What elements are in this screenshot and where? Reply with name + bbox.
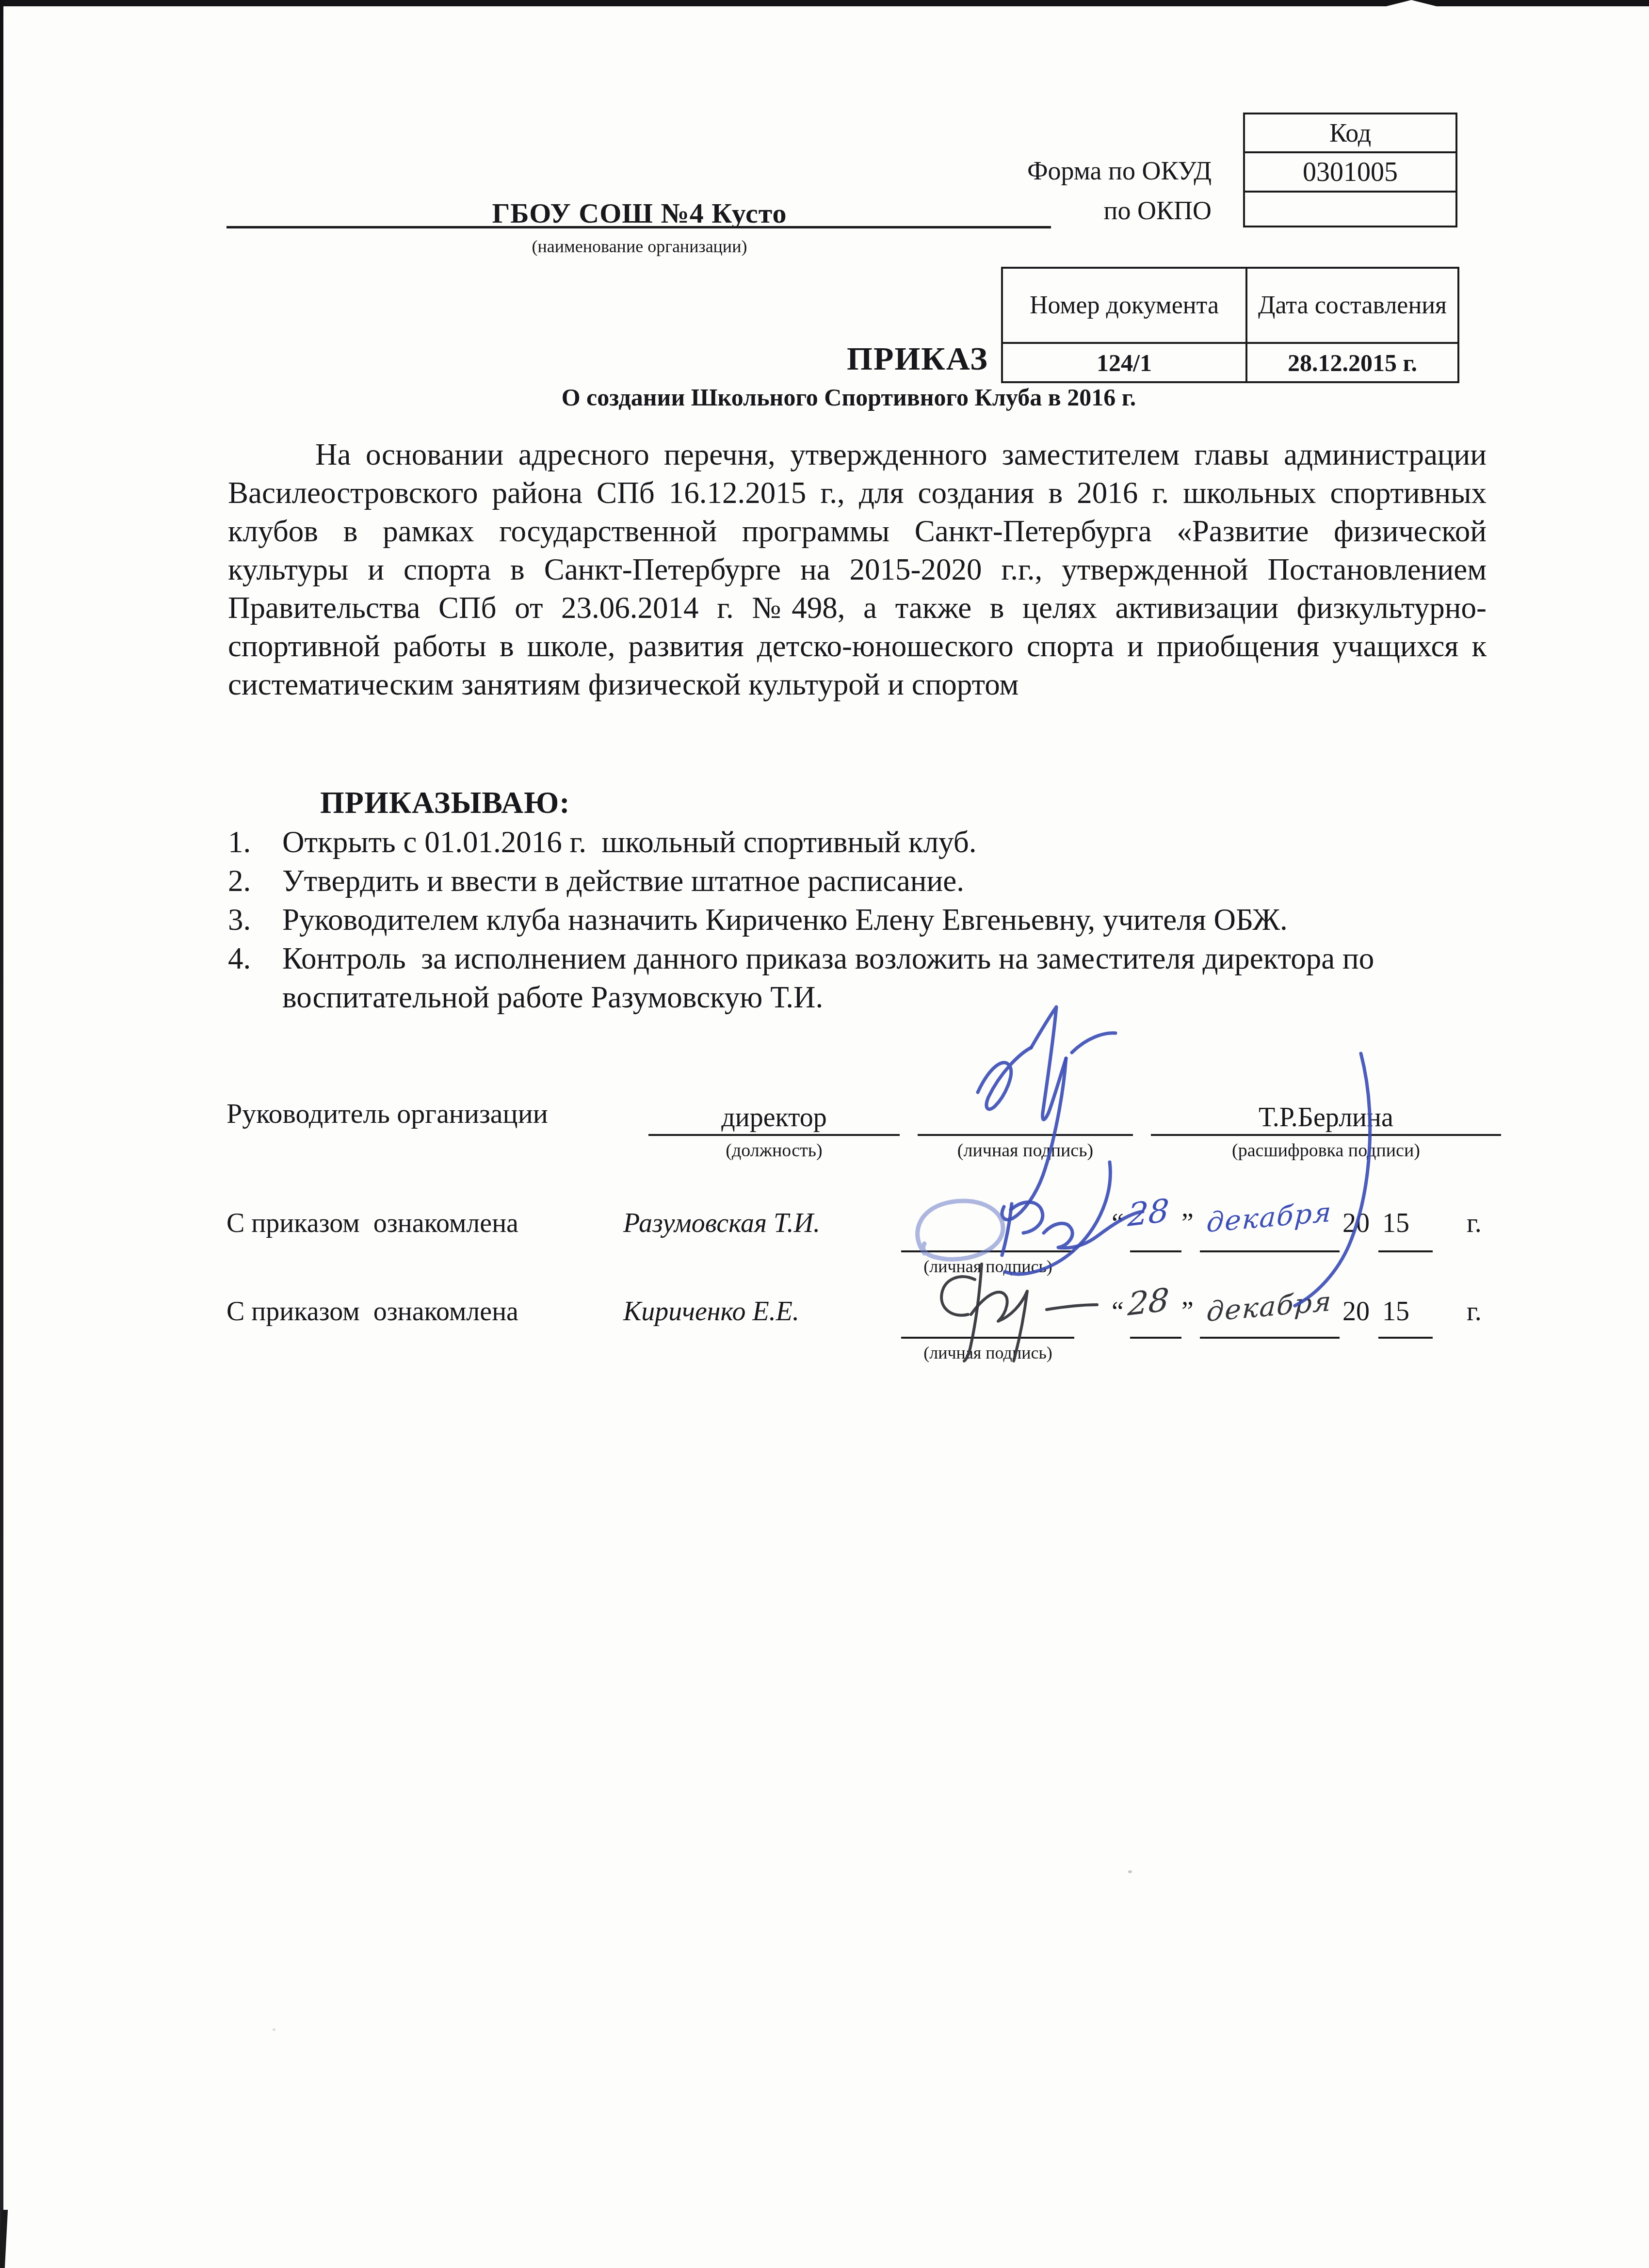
handwritten-day: 28: [1119, 1280, 1178, 1324]
order-item: 1. Открыть с 01.01.2016 г. школьный спор…: [228, 823, 1518, 861]
director-signature: [978, 1007, 1115, 1220]
position-value: директор: [648, 1102, 900, 1133]
director-name-caption: (расшифровка подписи): [1151, 1140, 1501, 1161]
year-suffix: г.: [1467, 1296, 1482, 1327]
ack-name: Разумовская Т.И.: [623, 1208, 820, 1239]
order-item-number: 4.: [228, 939, 282, 978]
director-signature-line: [918, 1134, 1133, 1136]
form-okud-label: Форма по ОКУД: [824, 156, 1212, 185]
scan-left-edge: [0, 0, 3, 2268]
order-item: 3. Руководителем клуба назначить Киричен…: [228, 900, 1518, 939]
organization-underline: [226, 226, 1051, 228]
order-item-number: 3.: [228, 900, 282, 939]
scan-speck: [1128, 1870, 1132, 1873]
year-underline: [1378, 1337, 1433, 1339]
scan-top-edge-notch: [1386, 0, 1437, 6]
order-item-number: 2.: [228, 861, 282, 900]
doc-date-header: Дата составления: [1245, 269, 1457, 342]
doc-number-date-table: Номер документа Дата составления 124/1 2…: [1001, 267, 1459, 383]
director-signature-caption: (личная подпись): [918, 1140, 1133, 1161]
month-underline: [1200, 1337, 1340, 1339]
scanned-order-document: Форма по ОКУД по ОКПО Код 0301005 ГБОУ С…: [0, 0, 1649, 2268]
position-caption: (должность): [648, 1140, 900, 1161]
year-value: 15: [1382, 1208, 1409, 1239]
day-underline: [1130, 1337, 1181, 1339]
director-name-line: [1151, 1134, 1501, 1136]
organization-caption: (наименование организации): [226, 236, 1052, 257]
organization-name: ГБОУ СОШ №4 Кусто: [226, 197, 1052, 229]
order-item: 4. Контроль за исполнением данного прика…: [228, 939, 1518, 1017]
order-item-text: Открыть с 01.01.2016 г. школьный спортив…: [282, 823, 1518, 861]
year-underline: [1378, 1250, 1433, 1252]
doc-date-value: 28.12.2015 г.: [1245, 342, 1457, 381]
okud-code-value: 0301005: [1245, 151, 1455, 191]
year-prefix: 20: [1342, 1208, 1370, 1239]
order-item-number: 1.: [228, 823, 282, 861]
date-flourish: [1295, 1053, 1370, 1306]
handwritten-day: 28: [1119, 1191, 1178, 1235]
code-table-title: Код: [1245, 114, 1455, 151]
order-title: ПРИКАЗ: [847, 340, 988, 378]
doc-number-header: Номер документа: [1003, 269, 1245, 342]
ack-signature-caption: (личная подпись): [884, 1343, 1092, 1363]
day-underline: [1130, 1250, 1181, 1252]
code-table: Код 0301005: [1243, 113, 1457, 227]
leader-label: Руководитель организации: [226, 1097, 548, 1130]
ack-signature-line: [901, 1250, 1074, 1252]
order-preamble: На основании адресного перечня, утвержде…: [228, 436, 1487, 704]
order-item-text: Утвердить и ввести в действие штатное ра…: [282, 861, 1518, 900]
handwritten-month: декабря: [1188, 1284, 1351, 1330]
year-suffix: г.: [1467, 1208, 1482, 1239]
order-item: 2. Утвердить и ввести в действие штатное…: [228, 861, 1518, 900]
resolve-heading: ПРИКАЗЫВАЮ:: [320, 785, 570, 821]
scan-bottom-left-mark: [0, 2210, 8, 2268]
year-prefix: 20: [1342, 1296, 1370, 1327]
ack-label: С приказом ознакомлена: [226, 1208, 518, 1239]
month-underline: [1200, 1250, 1340, 1252]
order-item-text: Руководителем клуба назначить Кириченко …: [282, 900, 1518, 939]
position-line: [648, 1134, 900, 1136]
order-items-list: 1. Открыть с 01.01.2016 г. школьный спор…: [228, 823, 1518, 1017]
year-value: 15: [1382, 1296, 1409, 1327]
order-subject: О создании Школьного Спортивного Клуба в…: [487, 383, 1210, 411]
okpo-code-value: [1245, 191, 1455, 226]
order-item-text: Контроль за исполнением данного приказа …: [282, 939, 1518, 1017]
scan-speck: [273, 2028, 275, 2031]
handwritten-month: декабря: [1188, 1195, 1351, 1241]
ack-signature-line: [901, 1337, 1074, 1339]
ack-label: С приказом ознакомлена: [226, 1296, 518, 1327]
director-name-value: Т.Р.Берлина: [1151, 1102, 1501, 1133]
ack-signature-caption: (личная подпись): [884, 1256, 1092, 1277]
ack-name: Кириченко Е.Е.: [623, 1296, 799, 1327]
doc-number-value: 124/1: [1003, 342, 1245, 381]
